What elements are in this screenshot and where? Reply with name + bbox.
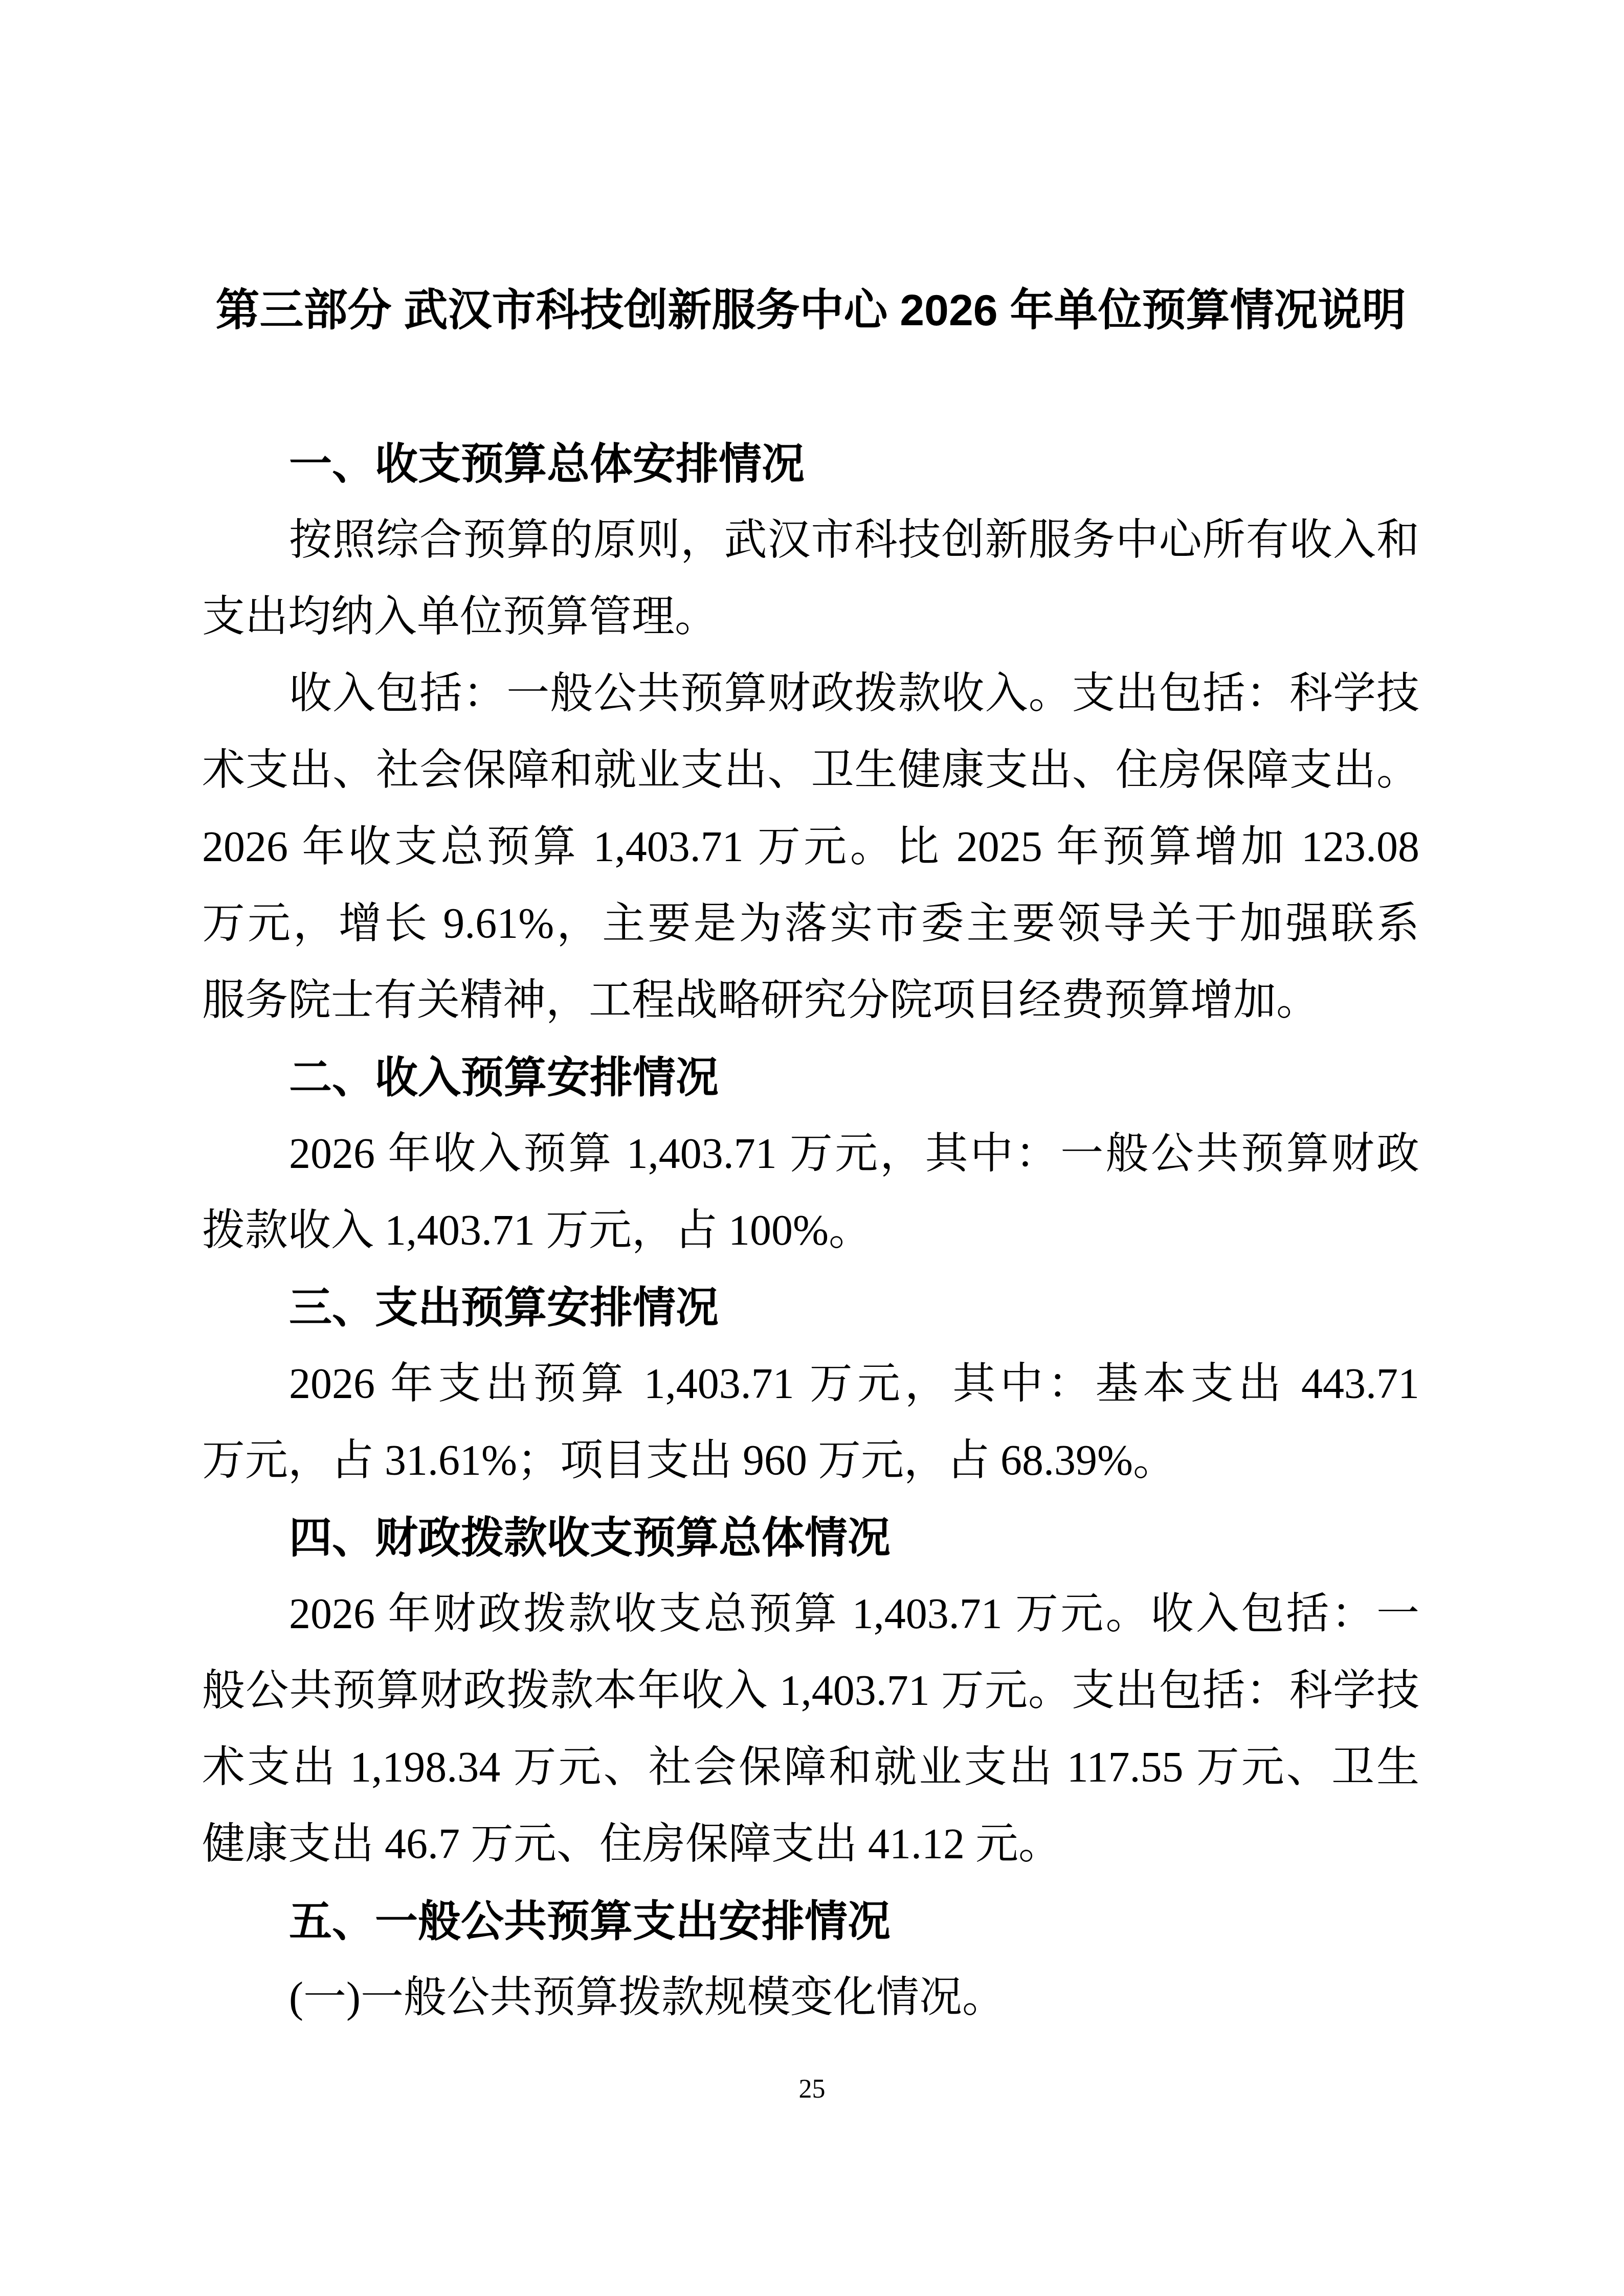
section-heading-1: 一、收支预算总体安排情况: [202, 425, 1419, 502]
body-line-10: 2026 年支出预算 1,403.71 万元，其中：基本支出 443.71: [202, 1346, 1419, 1423]
spacer-line: [202, 349, 1419, 425]
document-title: 第三部分 武汉市科技创新服务中心 2026 年单位预算情况说明: [202, 272, 1419, 349]
body-line-15: 健康支出 46.7 万元、住房保障支出 41.12 元。: [202, 1806, 1419, 1883]
body-line-3: 收入包括：一般公共预算财政拨款收入。支出包括：科学技: [202, 656, 1419, 732]
body-line-12: 2026 年财政拨款收支总预算 1,403.71 万元。收入包括：一: [202, 1576, 1419, 1653]
body-line-11: 万元，占 31.61%；项目支出 960 万元，占 68.39%。: [202, 1423, 1419, 1499]
section-heading-4: 四、财政拨款收支预算总体情况: [202, 1499, 1419, 1576]
body-line-2: 支出均纳入单位预算管理。: [202, 579, 1419, 656]
section-heading-5: 五、一般公共预算支出安排情况: [202, 1883, 1419, 1960]
page-number: 25: [0, 2075, 1624, 2104]
body-line-5: 2026 年收支总预算 1,403.71 万元。比 2025 年预算增加 123…: [202, 809, 1419, 886]
document-page: 第三部分 武汉市科技创新服务中心 2026 年单位预算情况说明 一、收支预算总体…: [0, 0, 1624, 2296]
body-line-8: 2026 年收入预算 1,403.71 万元，其中：一般公共预算财政: [202, 1116, 1419, 1192]
body-line-7: 服务院士有关精神，工程战略研究分院项目经费预算增加。: [202, 962, 1419, 1039]
body-line-9: 拨款收入 1,403.71 万元，占 100%。: [202, 1192, 1419, 1269]
body-line-4: 术支出、社会保障和就业支出、卫生健康支出、住房保障支出。: [202, 732, 1419, 809]
body-line-13: 般公共预算财政拨款本年收入 1,403.71 万元。支出包括：科学技: [202, 1653, 1419, 1729]
body-line-6: 万元，增长 9.61%，主要是为落实市委主要领导关于加强联系: [202, 886, 1419, 962]
section-heading-2: 二、收入预算安排情况: [202, 1039, 1419, 1116]
body-line-1: 按照综合预算的原则，武汉市科技创新服务中心所有收入和: [202, 502, 1419, 579]
section-heading-3: 三、支出预算安排情况: [202, 1269, 1419, 1346]
body-line-16: (一)一般公共预算拨款规模变化情况。: [202, 1960, 1419, 2036]
document-body: 第三部分 武汉市科技创新服务中心 2026 年单位预算情况说明 一、收支预算总体…: [202, 272, 1419, 2036]
body-line-14: 术支出 1,198.34 万元、社会保障和就业支出 117.55 万元、卫生: [202, 1729, 1419, 1806]
